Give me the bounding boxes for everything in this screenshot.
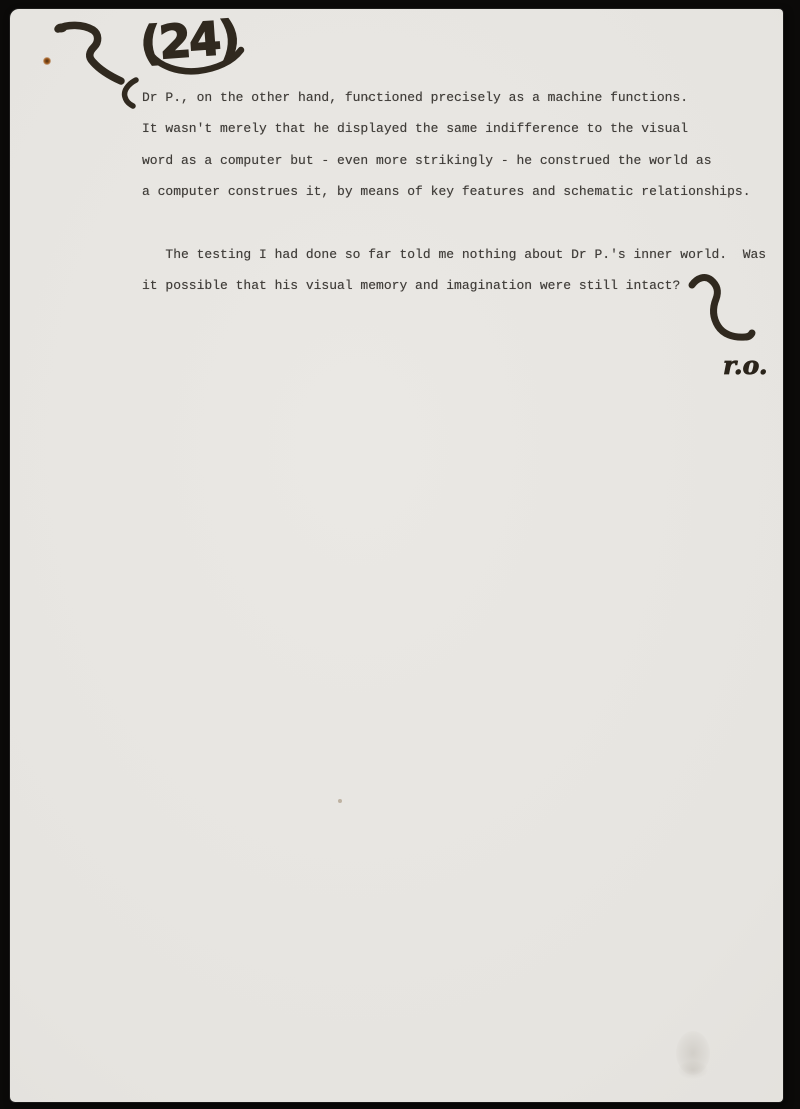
- typed-line: The testing I had done so far told me no…: [142, 239, 766, 270]
- pin-hole-mark: [43, 57, 51, 65]
- typed-line: It wasn't merely that he displayed the s…: [142, 113, 766, 144]
- typed-line: Dr P., on the other hand, functioned pre…: [142, 82, 766, 113]
- paper-speck: [338, 799, 342, 803]
- typed-line: a computer construes it, by means of key…: [142, 176, 766, 207]
- paper-stain: [678, 1061, 708, 1079]
- scanned-page-background: Dr P., on the other hand, functioned pre…: [0, 0, 800, 1109]
- typed-line: it possible that his visual memory and i…: [142, 270, 766, 301]
- blank-line: [142, 208, 766, 239]
- typed-line: word as a computer but - even more strik…: [142, 145, 766, 176]
- typed-text-block: Dr P., on the other hand, functioned pre…: [142, 82, 766, 302]
